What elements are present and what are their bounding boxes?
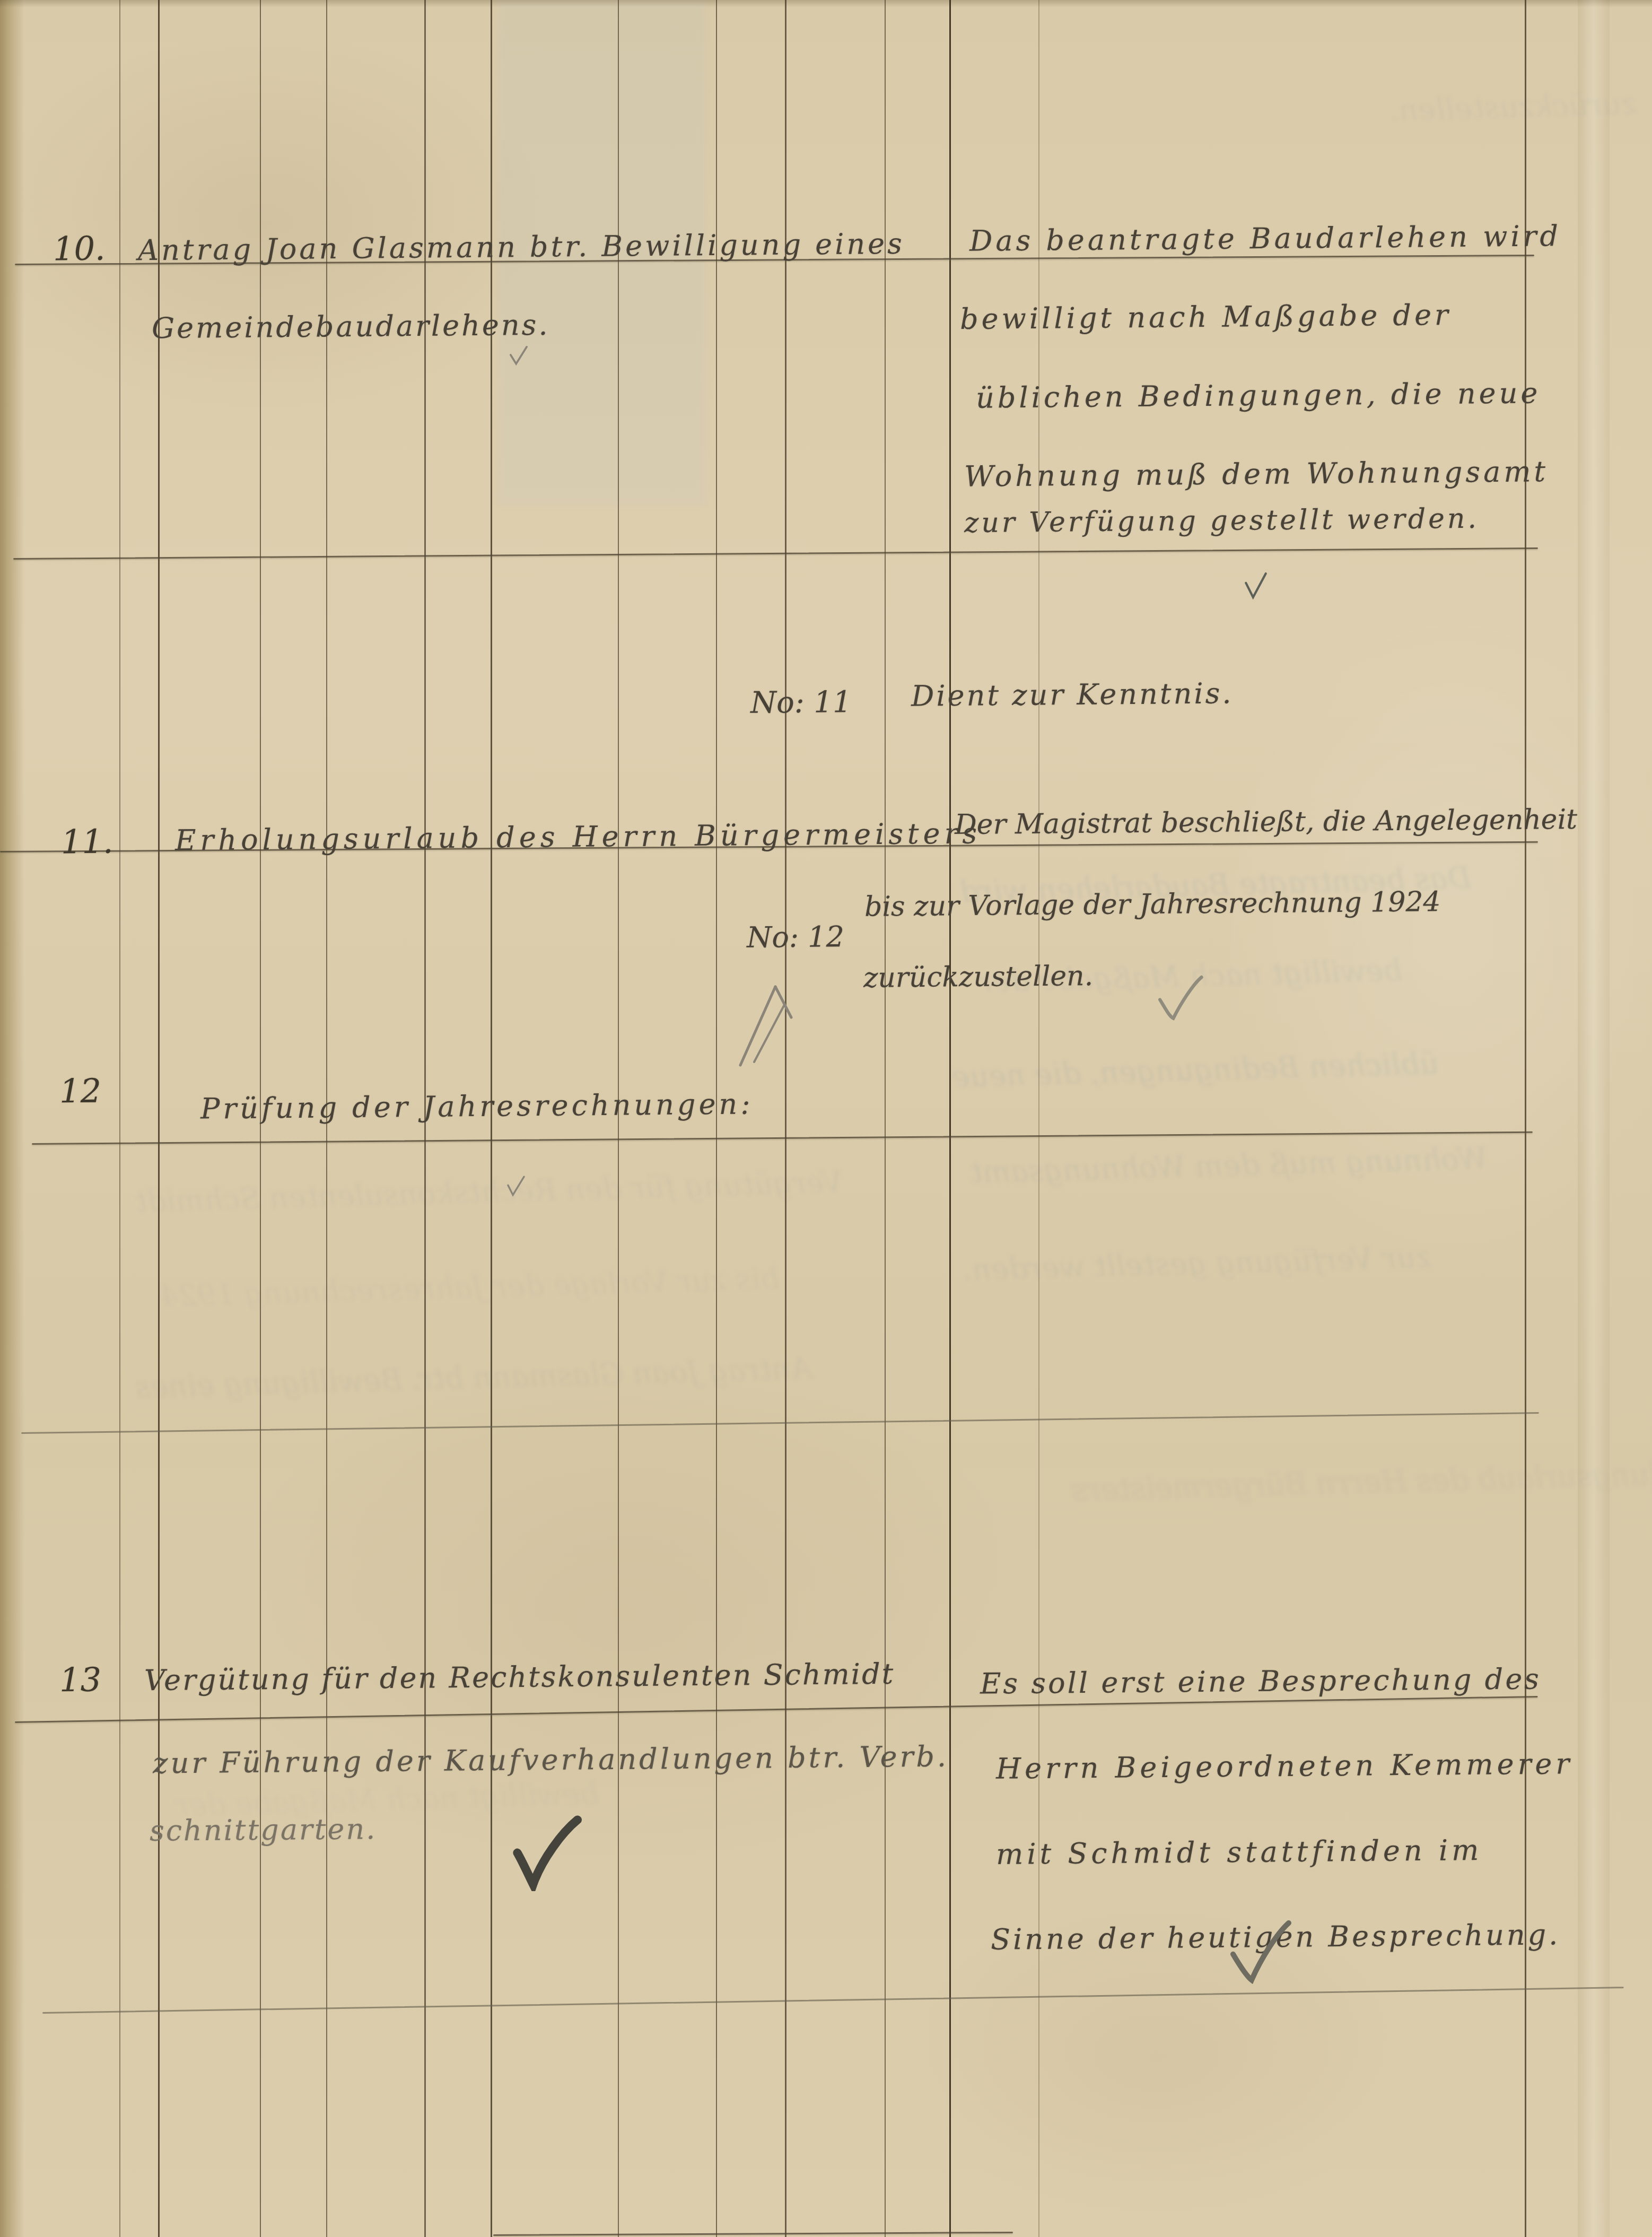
- decision-line: Herrn Beigeordneten Kemmerer: [996, 1747, 1574, 1785]
- column-rule: [119, 0, 120, 2237]
- item-number: 12: [59, 1072, 102, 1111]
- subject-line: Vergütung für den Rechtskonsulenten Schm…: [144, 1657, 895, 1697]
- annotation-text: Dient zur Kenntnis.: [911, 676, 1234, 712]
- decision-line: bis zur Vorlage der Jahresrechnung 1924: [864, 886, 1441, 922]
- decision-line: üblichen Bedingungen, die neue: [976, 376, 1541, 414]
- decision-line: Das beantragte Baudarlehen wird: [969, 219, 1561, 258]
- subject-line: schnittgarten.: [150, 1812, 377, 1848]
- page-edge-top: [0, 0, 1652, 7]
- separator-line: [42, 1987, 1624, 2014]
- checkmark-icon: [505, 1173, 527, 1198]
- checkmark-icon: [510, 1812, 582, 1891]
- checkmark-icon: [1220, 1918, 1299, 1984]
- column-rule-divider: [949, 0, 951, 2237]
- column-rule: [885, 0, 886, 2237]
- subject-line: zur Führung der Kaufverhandlungen btr. V…: [153, 1739, 949, 1780]
- paper-crease: [1578, 0, 1610, 2237]
- decision-line: zurückzustellen.: [863, 960, 1094, 994]
- ink-bleedthrough: zurückzustellen.: [1389, 87, 1637, 128]
- subject-line: Antrag Joan Glasmann btr. Bewilligung ei…: [138, 227, 905, 267]
- annotation-number: No: 11: [750, 685, 852, 720]
- column-rule: [785, 0, 786, 2237]
- decision-line: Der Magistrat beschließt, die Angelegenh…: [955, 804, 1578, 841]
- arrow-mark-icon: [736, 982, 813, 1067]
- separator-line: [15, 1696, 1538, 1723]
- separator-line: [21, 1412, 1539, 1434]
- item-number: 13: [59, 1660, 102, 1700]
- page-edge: [0, 0, 24, 2237]
- annotation-number: No: 12: [747, 920, 844, 954]
- ink-bleedthrough: zur Verfügung gestellt werden.: [962, 1240, 1431, 1288]
- decision-line: mit Schmidt stattfinden im: [996, 1833, 1483, 1871]
- decision-line: Wohnung muß dem Wohnungsamt: [964, 455, 1549, 493]
- item-number: 10.: [53, 229, 106, 268]
- item-number: 11.: [61, 822, 113, 861]
- ink-bleedthrough: Wohnung muß dem Wohnungsamt: [970, 1141, 1488, 1190]
- decision-line: bewilligt nach Maßgabe der: [960, 298, 1452, 336]
- ink-bleedthrough: Antrag Joan Glasmann btr. Bewilligung ei…: [135, 1351, 812, 1405]
- ink-bleedthrough: Erholungsurlaub des Herrn Bürgermeisters: [1071, 1455, 1652, 1508]
- column-rule: [1038, 0, 1039, 2237]
- ink-bleedthrough: üblichen Bedingungen, die neue: [951, 1046, 1439, 1094]
- checkmark-icon: [1242, 567, 1270, 604]
- separator-line: [32, 1131, 1533, 1145]
- subject-line: Prüfung der Jahresrechnungen:: [200, 1087, 754, 1125]
- checkmark-icon: [508, 344, 529, 366]
- decision-line: zur Verfügung gestellt werden.: [964, 503, 1479, 539]
- separator-line: [13, 547, 1538, 560]
- subject-line: Erholungsurlaub des Herrn Bürgermeisters: [175, 816, 982, 857]
- checkmark-icon: [1146, 973, 1214, 1021]
- ink-bleedthrough: bis zur Vorlage der Jahresrechnung 1924: [159, 1262, 780, 1314]
- decision-line: Es soll erst eine Besprechung des: [980, 1662, 1541, 1700]
- separator-line: [493, 2232, 1013, 2236]
- subject-line: Gemeindebaudarlehens.: [152, 308, 550, 345]
- column-rule: [1525, 0, 1526, 2237]
- ledger-page: Das beantragte Baudarlehen wird bewillig…: [0, 0, 1652, 2237]
- ink-bleedthrough: Vergütung für den Rechtskonsulenten Schm…: [135, 1165, 843, 1219]
